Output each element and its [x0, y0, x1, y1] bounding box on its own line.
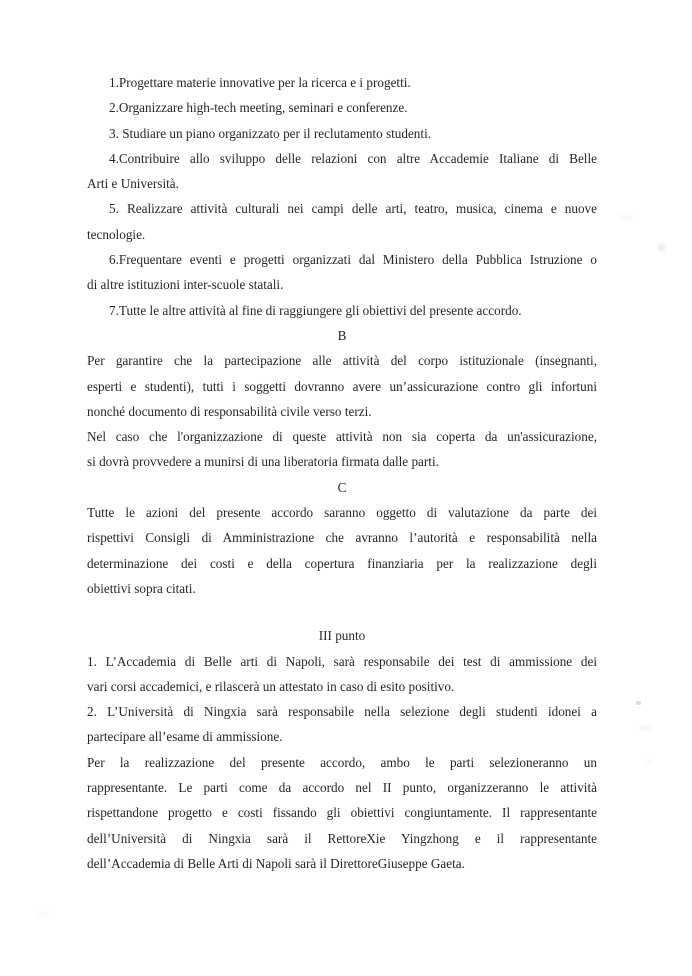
paragraph-c-line-4: obiettivi sopra citati. — [87, 576, 597, 601]
paragraph-iii-2-line-2: partecipare all’esame di ammissione. — [87, 724, 597, 749]
section-heading-iii-punto: III punto — [87, 623, 597, 648]
paragraph-iii-3-line-1: Per la realizzazione del presente accord… — [87, 750, 597, 775]
scan-speck — [38, 912, 48, 917]
paragraph-iii-3-line-4: dell’Università di Ningxia sarà il Retto… — [87, 826, 597, 851]
list-item-2: 2.Organizzare high-tech meeting, seminar… — [87, 95, 597, 120]
paragraph-iii-3-line-3: rispettandone progetto e costi fissando … — [87, 800, 597, 825]
paragraph-iii-1-line-1: 1. L’Accademia di Belle arti di Napoli, … — [87, 649, 597, 674]
list-item-3: 3. Studiare un piano organizzato per il … — [87, 121, 597, 146]
section-spacer — [0, 601, 692, 623]
list-item-6-line-2: di altre istituzioni inter-scuole statal… — [87, 272, 597, 297]
list-item-5-line-1: 5. Realizzare attività culturali nei cam… — [87, 196, 597, 221]
scan-speck — [646, 760, 653, 763]
paragraph-b2-line-2: si dovrà provvedere a munirsi di una lib… — [87, 449, 597, 474]
paragraph-b1-line-1: Per garantire che la partecipazione alle… — [87, 348, 597, 373]
paragraph-iii-3-line-5: dell’Accademia di Belle Arti di Napoli s… — [87, 851, 597, 876]
paragraph-iii-2-line-1: 2. L’Università di Ningxia sarà responsa… — [87, 699, 597, 724]
list-item-4-line-1: 4.Contribuire allo sviluppo delle relazi… — [87, 146, 597, 171]
list-item-7: 7.Tutte le altre attività al fine di rag… — [87, 298, 597, 323]
document-page: 1.Progettare materie innovative per la r… — [0, 0, 692, 976]
paragraph-c-line-3: determinazione dei costi e della copertu… — [87, 551, 597, 576]
scan-speck — [658, 243, 665, 252]
paragraph-b1-line-2: esperti e studenti), tutti i soggetti do… — [87, 374, 597, 399]
paragraph-iii-1-line-2: vari corsi accademici, e rilascerà un at… — [87, 674, 597, 699]
section-heading-b: B — [87, 323, 597, 348]
section-heading-c: C — [87, 475, 597, 500]
paragraph-iii-3-line-2: rappresentante. Le parti come da accordo… — [87, 775, 597, 800]
scan-speck — [636, 701, 641, 705]
list-item-5-line-2: tecnologie. — [87, 222, 597, 247]
paragraph-b1-line-3: nonché documento di responsabilità civil… — [87, 399, 597, 424]
list-item-1: 1.Progettare materie innovative per la r… — [87, 70, 597, 95]
scan-speck — [620, 214, 632, 219]
paragraph-c-line-1: Tutte le azioni del presente accordo sar… — [87, 500, 597, 525]
list-item-6-line-1: 6.Frequentare eventi e progetti organizz… — [87, 247, 597, 272]
scan-speck — [640, 726, 651, 730]
paragraph-c-line-2: rispettivi Consigli di Amministrazione c… — [87, 525, 597, 550]
paragraph-b2-line-1: Nel caso che l'organizzazione di queste … — [87, 424, 597, 449]
list-item-4-line-2: Arti e Università. — [87, 171, 597, 196]
